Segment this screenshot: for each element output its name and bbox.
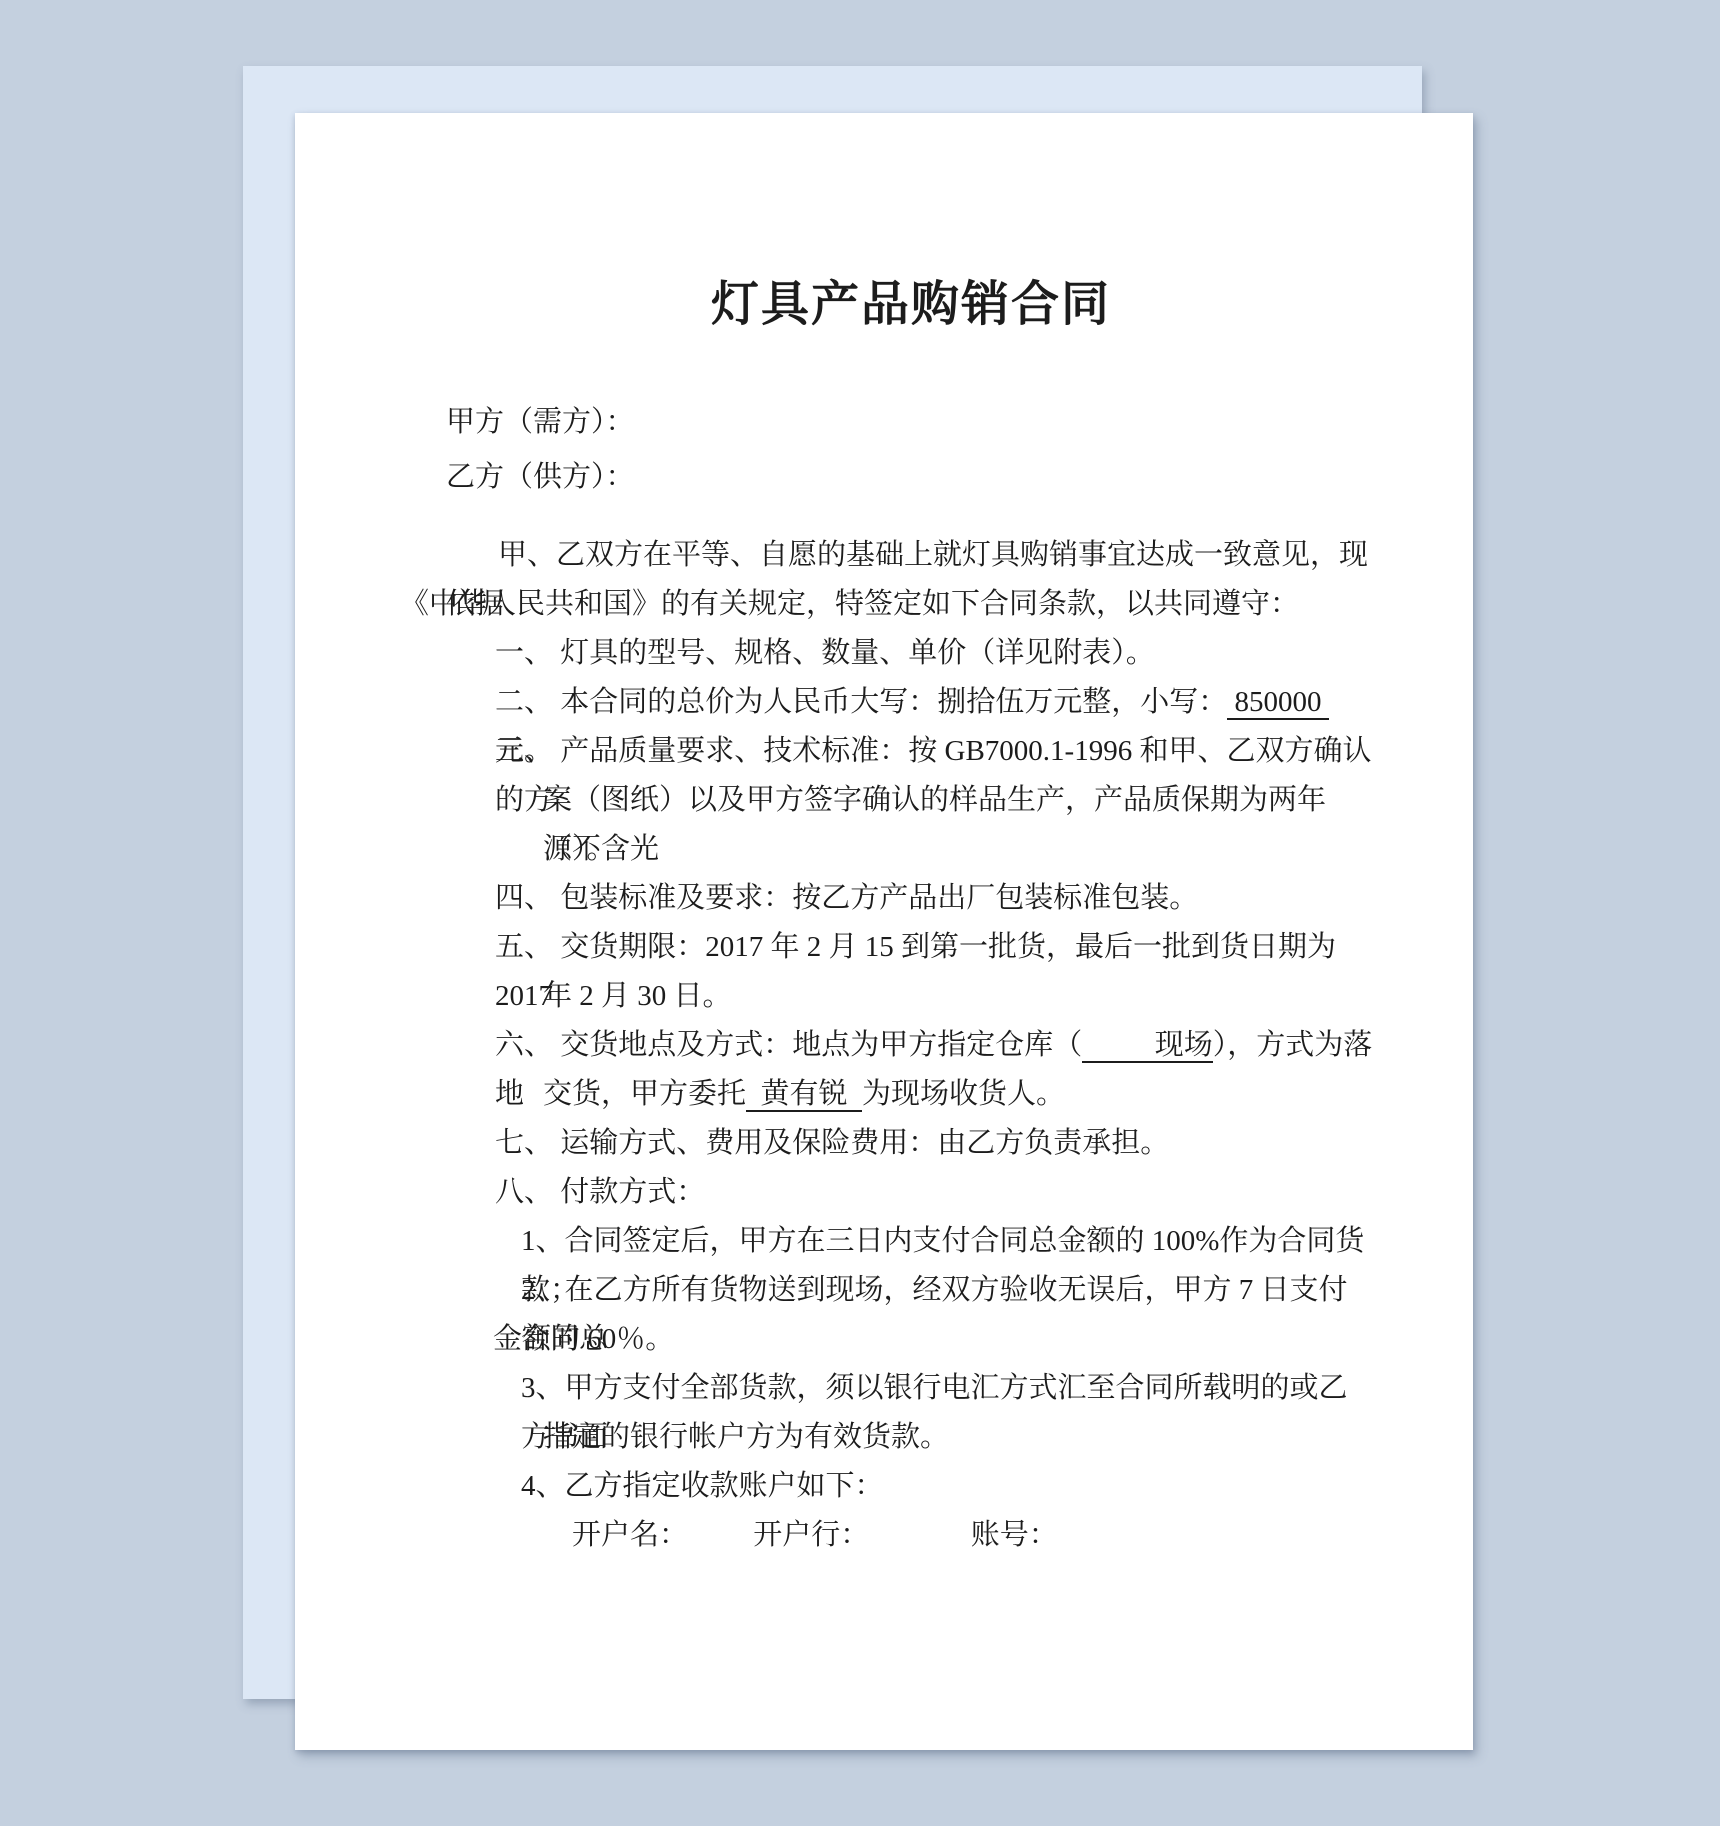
contract-content: 灯具产品购销合同 甲方（需方）： 乙方（供方）： 甲、乙双方在平等、自愿的基础上… xyxy=(295,113,1473,1750)
party-b-line: 乙方（供方）： xyxy=(446,450,1376,505)
clause-2-text: 二、 本合同的总价为人民币大写：捌拾伍万元整，小写： xyxy=(495,686,1227,718)
clause-8-line: 八、 付款方式： xyxy=(446,1168,1376,1217)
contract-body: 甲方（需方）： 乙方（供方）： 甲、乙双方在平等、自愿的基础上就灯具购销事宜达成… xyxy=(446,395,1376,1560)
contract-page: 灯具产品购销合同 甲方（需方）： 乙方（供方）： 甲、乙双方在平等、自愿的基础上… xyxy=(295,113,1473,1750)
preamble-line-2: 《中华人民共和国》的有关规定，特签定如下合同条款，以共同遵守： xyxy=(400,580,1376,629)
clause-8-item-4: 4、乙方指定收款账户如下： xyxy=(446,1462,1376,1511)
clause-6-text: 六、 交货地点及方式：地点为甲方指定仓库（ xyxy=(495,1029,1082,1061)
clause-6-line-2: 交货，甲方委托 黄有锐 为现场收货人。 xyxy=(446,1070,1376,1119)
clause-5-line-2: 年 2 月 30 日。 xyxy=(446,972,1376,1021)
clause-3-line-2: 案（图纸）以及甲方签字确认的样品生产，产品质保期为两年（不含光 xyxy=(446,776,1376,825)
clause-3-line-3: 源）。 xyxy=(446,825,1376,874)
clause-7-line: 七、 运输方式、费用及保险费用：由乙方负责承担。 xyxy=(446,1119,1376,1168)
clause-8-item-3-line-2: 指定的银行帐户方为有效货款。 xyxy=(446,1413,1376,1462)
bank-account-line: 开户名： 开户行： 账号： xyxy=(446,1511,1376,1560)
preamble-line-1: 甲、乙双方在平等、自愿的基础上就灯具购销事宜达成一致意见，现依据 xyxy=(446,531,1376,580)
clause-1-line: 一、 灯具的型号、规格、数量、单价（详见附表）。 xyxy=(446,629,1376,678)
clause-6-line-2-suffix: 为现场收货人。 xyxy=(862,1078,1065,1110)
clause-3-line-1: 三、 产品质量要求、技术标准：按 GB7000.1-1996 和甲、乙双方确认的… xyxy=(446,727,1376,776)
total-price-value: 850000 xyxy=(1227,686,1329,720)
consignee-name: 黄有锐 xyxy=(746,1078,862,1112)
desktop-background: 灯具产品购销合同 甲方（需方）： 乙方（供方）： 甲、乙双方在平等、自愿的基础上… xyxy=(0,0,1720,1826)
clause-8-item-1: 1、合同签定后，甲方在三日内支付合同总金额的 100%作为合同货款； xyxy=(446,1217,1376,1266)
clause-4-line: 四、 包装标准及要求：按乙方产品出厂包装标准包装。 xyxy=(446,874,1376,923)
clause-8-item-3-line-1: 3、甲方支付全部货款，须以银行电汇方式汇至合同所载明的或乙方书面 xyxy=(446,1364,1376,1413)
clause-5-line-1: 五、 交货期限：2017 年 2 月 15 到第一批货，最后一批到货日期为 20… xyxy=(446,923,1376,972)
clause-6-line-2-text: 交货，甲方委托 xyxy=(543,1078,746,1110)
delivery-site-blank: 现场 xyxy=(1082,1029,1213,1063)
contract-title: 灯具产品购销合同 xyxy=(446,113,1376,333)
clause-8-item-2-line-1: 2、在乙方所有货物送到现场，经双方验收无误后，甲方 7 日支付合同总 xyxy=(446,1266,1376,1315)
clause-8-item-2-line-2: 金额的 60％。 xyxy=(446,1315,1376,1364)
party-a-line: 甲方（需方）： xyxy=(446,395,1376,450)
clause-6-line-1: 六、 交货地点及方式：地点为甲方指定仓库（ 现场），方式为落地 xyxy=(446,1021,1376,1070)
clause-2-line: 二、 本合同的总价为人民币大写：捌拾伍万元整，小写： 850000 元。 xyxy=(446,678,1376,727)
